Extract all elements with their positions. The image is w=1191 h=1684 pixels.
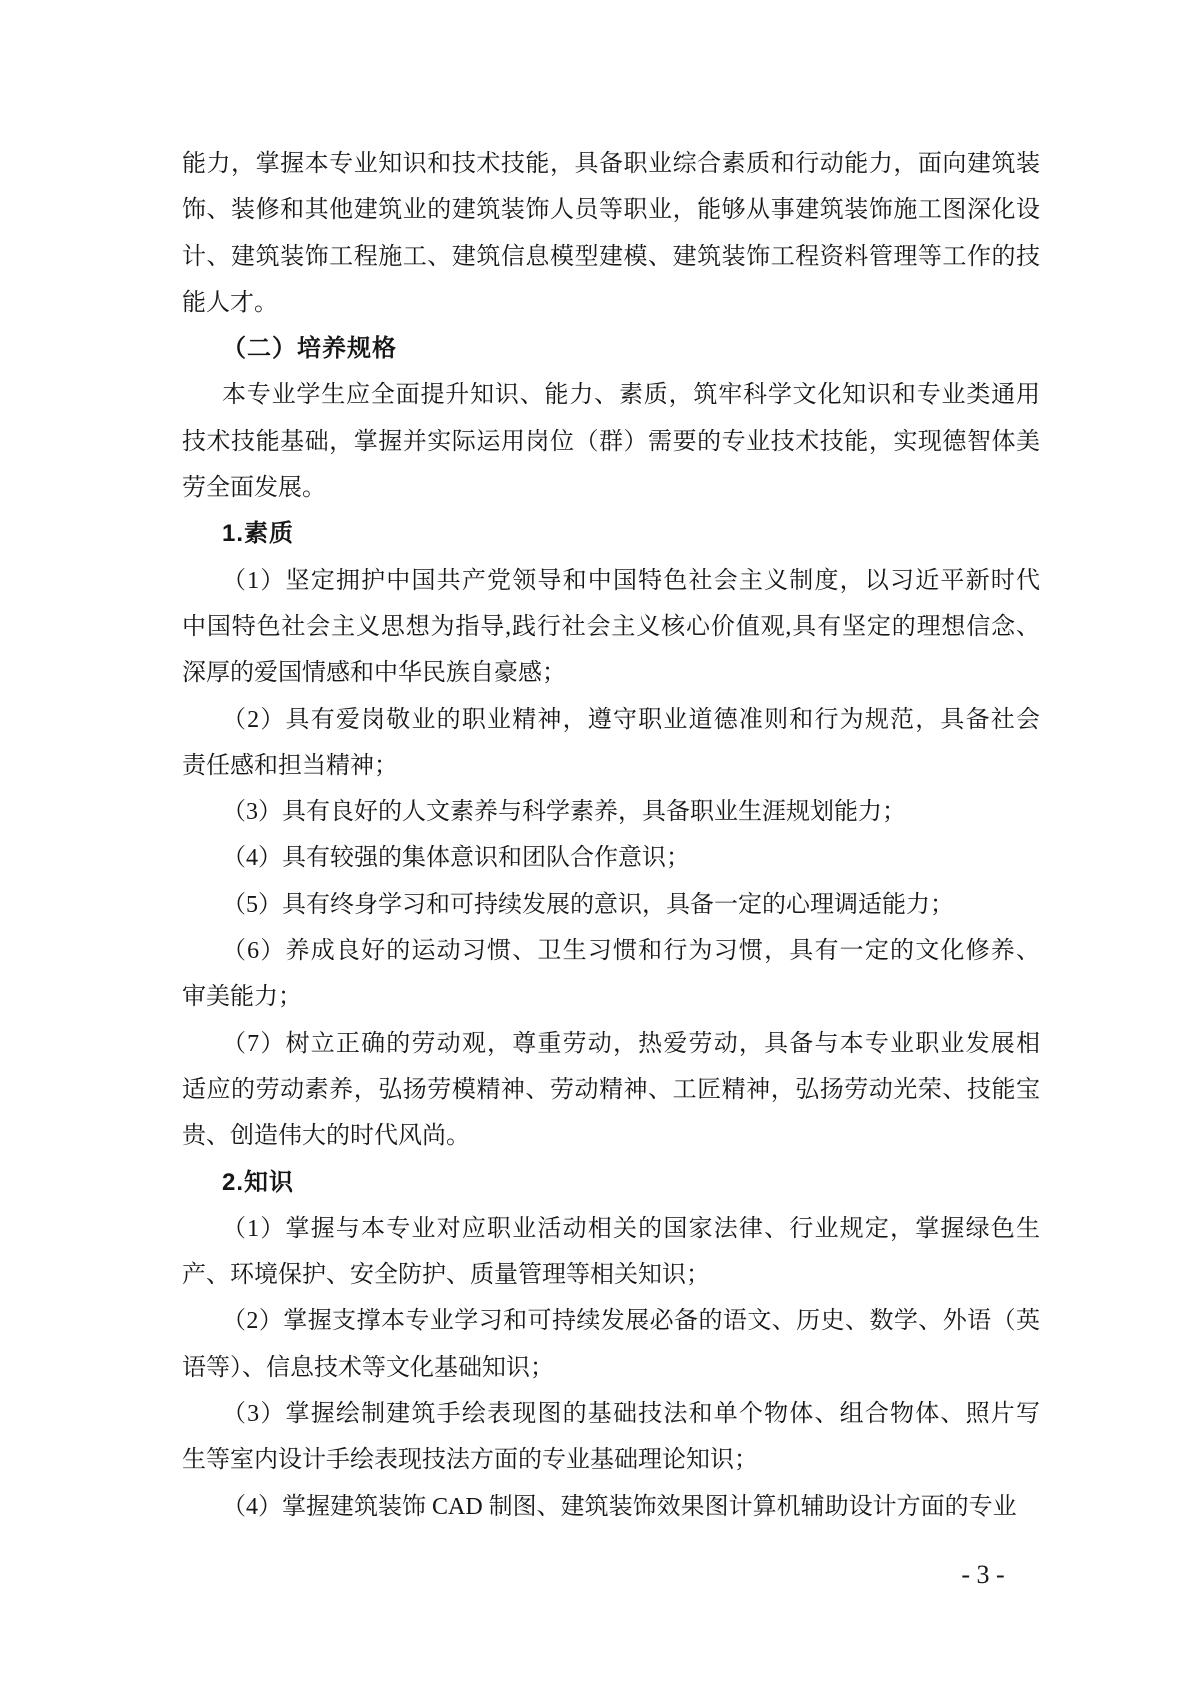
document-page: 能力，掌握本专业知识和技术技能，具备职业综合素质和行动能力，面向建筑装饰、装修和… — [0, 0, 1191, 1684]
sub-heading: 1.素质 — [182, 511, 1040, 557]
text-line: 劳全面发展。 — [182, 465, 1040, 511]
text-line: （二）培养规格 — [182, 326, 1040, 372]
document-body: 能力，掌握本专业知识和技术技能，具备职业综合素质和行动能力，面向建筑装饰、装修和… — [182, 141, 1040, 1530]
text-line: 语等）、信息技术等文化基础知识； — [182, 1345, 1040, 1391]
text-line: 责任感和担当精神； — [182, 743, 1040, 789]
text-line: 生等室内设计手绘表现技法方面的专业基础理论知识； — [182, 1437, 1040, 1483]
paragraph: （6）养成良好的运动习惯、卫生习惯和行为习惯，具有一定的文化修养、审美能力； — [182, 928, 1040, 1021]
page-number: - 3 - — [928, 1558, 1038, 1592]
text-line: 中国特色社会主义思想为指导,践行社会主义核心价值观,具有坚定的理想信念、 — [182, 604, 1040, 650]
paragraph: （1）掌握与本专业对应职业活动相关的国家法律、行业规定，掌握绿色生产、环境保护、… — [182, 1206, 1040, 1299]
text-line: 饰、装修和其他建筑业的建筑装饰人员等职业，能够从事建筑装饰施工图深化设 — [182, 187, 1040, 233]
text-line: （2）具有爱岗敬业的职业精神，遵守职业道德准则和行为规范，具备社会 — [182, 697, 1040, 743]
sub-heading: 2.知识 — [182, 1160, 1040, 1206]
text-line: （1）坚定拥护中国共产党领导和中国特色社会主义制度，以习近平新时代 — [182, 558, 1040, 604]
text-line: （4）具有较强的集体意识和团队合作意识； — [182, 835, 1040, 881]
paragraph: （3）具有良好的人文素养与科学素养，具备职业生涯规划能力； — [182, 789, 1040, 835]
text-line: 深厚的爱国情感和中华民族自豪感； — [182, 650, 1040, 696]
paragraph: （7）树立正确的劳动观，尊重劳动，热爱劳动，具备与本专业职业发展相适应的劳动素养… — [182, 1021, 1040, 1160]
text-line: 审美能力； — [182, 974, 1040, 1020]
paragraph: （5）具有终身学习和可持续发展的意识，具备一定的心理调适能力； — [182, 882, 1040, 928]
text-line: （1）掌握与本专业对应职业活动相关的国家法律、行业规定，掌握绿色生 — [182, 1206, 1040, 1252]
section-heading: （二）培养规格 — [182, 326, 1040, 372]
paragraph: 本专业学生应全面提升知识、能力、素质，筑牢科学文化知识和专业类通用技术技能基础，… — [182, 372, 1040, 511]
text-line: 技术技能基础，掌握并实际运用岗位（群）需要的专业技术技能，实现德智体美 — [182, 419, 1040, 465]
text-line: （3）掌握绘制建筑手绘表现图的基础技法和单个物体、组合物体、照片写 — [182, 1391, 1040, 1437]
paragraph: （4）具有较强的集体意识和团队合作意识； — [182, 835, 1040, 881]
text-line: 2.知识 — [182, 1160, 1040, 1206]
text-line: （5）具有终身学习和可持续发展的意识，具备一定的心理调适能力； — [182, 882, 1040, 928]
paragraph: （2）具有爱岗敬业的职业精神，遵守职业道德准则和行为规范，具备社会责任感和担当精… — [182, 697, 1040, 790]
text-line: （6）养成良好的运动习惯、卫生习惯和行为习惯，具有一定的文化修养、 — [182, 928, 1040, 974]
text-line: 本专业学生应全面提升知识、能力、素质，筑牢科学文化知识和专业类通用 — [182, 372, 1040, 418]
text-line: 产、环境保护、安全防护、质量管理等相关知识； — [182, 1252, 1040, 1298]
paragraph: （4）掌握建筑装饰 CAD 制图、建筑装饰效果图计算机辅助设计方面的专业 — [182, 1484, 1040, 1530]
text-line: 计、建筑装饰工程施工、建筑信息模型建模、建筑装饰工程资料管理等工作的技 — [182, 234, 1040, 280]
text-line: （3）具有良好的人文素养与科学素养，具备职业生涯规划能力； — [182, 789, 1040, 835]
text-line: 1.素质 — [182, 511, 1040, 557]
paragraph: （3）掌握绘制建筑手绘表现图的基础技法和单个物体、组合物体、照片写生等室内设计手… — [182, 1391, 1040, 1484]
text-line: 贵、创造伟大的时代风尚。 — [182, 1113, 1040, 1159]
text-line: 适应的劳动素养，弘扬劳模精神、劳动精神、工匠精神，弘扬劳动光荣、技能宝 — [182, 1067, 1040, 1113]
paragraph: 能力，掌握本专业知识和技术技能，具备职业综合素质和行动能力，面向建筑装饰、装修和… — [182, 141, 1040, 326]
text-line: （4）掌握建筑装饰 CAD 制图、建筑装饰效果图计算机辅助设计方面的专业 — [182, 1484, 1040, 1530]
paragraph: （2）掌握支撑本专业学习和可持续发展必备的语文、历史、数学、外语（英语等）、信息… — [182, 1298, 1040, 1391]
text-line: （7）树立正确的劳动观，尊重劳动，热爱劳动，具备与本专业职业发展相 — [182, 1021, 1040, 1067]
text-line: 能人才。 — [182, 280, 1040, 326]
text-line: （2）掌握支撑本专业学习和可持续发展必备的语文、历史、数学、外语（英 — [182, 1298, 1040, 1344]
text-line: 能力，掌握本专业知识和技术技能，具备职业综合素质和行动能力，面向建筑装 — [182, 141, 1040, 187]
paragraph: （1）坚定拥护中国共产党领导和中国特色社会主义制度，以习近平新时代中国特色社会主… — [182, 558, 1040, 697]
